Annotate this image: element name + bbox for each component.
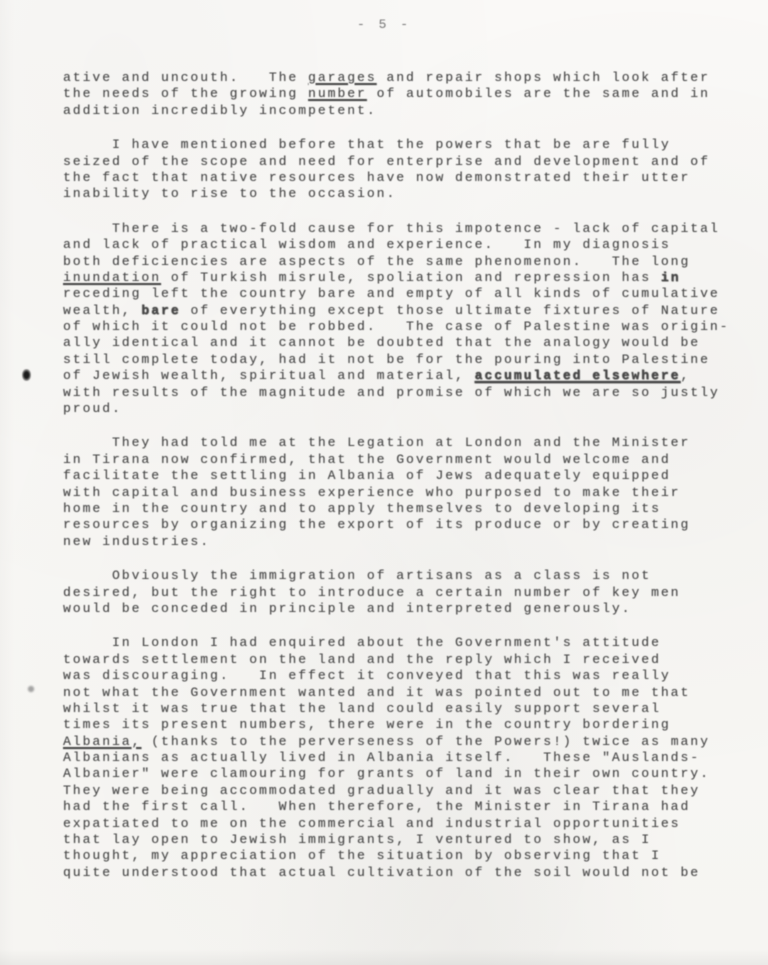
- text-line: of Jewish wealth, spiritual and material…: [63, 368, 731, 384]
- text-line: inundation of Turkish misrule, spoliatio…: [63, 270, 731, 286]
- text-segment: the needs of the growing: [63, 86, 308, 101]
- text-line: Obviously the immigration of artisans as…: [63, 568, 731, 584]
- text-line: wealth, bare of everything except those …: [63, 303, 731, 319]
- text-line: receding left the country bare and empty…: [63, 286, 731, 302]
- text-segment: There is a two-fold cause for this impot…: [63, 221, 720, 236]
- text-line: addition incredibly incompetent.: [63, 103, 731, 119]
- scan-edge-shading-left: [0, 0, 14, 965]
- text-line: I have mentioned before that the powers …: [63, 137, 731, 153]
- text-segment: facilitate the settling in Albania of Je…: [63, 468, 671, 483]
- text-segment: resources by organizing the export of it…: [63, 517, 690, 532]
- text-line: still complete today, had it not be for …: [63, 352, 731, 368]
- text-segment: I have mentioned before that the powers …: [63, 137, 671, 152]
- text-segment: not what the Government wanted and it wa…: [63, 685, 690, 700]
- text-segment: new industries.: [63, 534, 210, 549]
- text-segment: desired, but the right to introduce a ce…: [63, 585, 680, 600]
- text-segment: bare: [141, 303, 180, 318]
- text-line: and lack of practical wisdom and experie…: [63, 237, 731, 253]
- text-segment: wealth,: [63, 303, 141, 318]
- text-segment: and lack of practical wisdom and experie…: [63, 237, 671, 252]
- faint-ink-dot-artifact: [27, 685, 35, 693]
- text-segment: In London I had enquired about the Gover…: [63, 635, 661, 650]
- text-line: They had told me at the Legation at Lond…: [63, 435, 731, 451]
- text-line: had the first call. When therefore, the …: [63, 799, 731, 815]
- text-line: home in the country and to apply themsel…: [63, 501, 731, 517]
- text-line: desired, but the right to introduce a ce…: [63, 585, 731, 601]
- text-segment: had the first call. When therefore, the …: [63, 799, 690, 814]
- text-segment: both deficiencies are aspects of the sam…: [63, 254, 690, 269]
- text-line: in Tirana now confirmed, that the Govern…: [63, 452, 731, 468]
- text-segment: accumulated elsewhere: [475, 368, 681, 383]
- text-segment: inability to rise to the occasion.: [63, 186, 396, 201]
- text-line: ally identical and it cannot be doubted …: [63, 335, 731, 351]
- text-segment: Obviously the immigration of artisans as…: [63, 568, 651, 583]
- text-line: new industries.: [63, 534, 731, 550]
- text-segment: receding left the country bare and empty…: [63, 286, 720, 301]
- text-line: the fact that native resources have now …: [63, 170, 731, 186]
- text-line: towards settlement on the land and the r…: [63, 652, 731, 668]
- text-segment: ally identical and it cannot be doubted …: [63, 335, 700, 350]
- text-segment: the fact that native resources have now …: [63, 170, 690, 185]
- text-segment: and repair shops which look after: [377, 70, 710, 85]
- text-line: resources by organizing the export of it…: [63, 517, 731, 533]
- text-segment: with capital and business experience who…: [63, 485, 680, 500]
- text-line: seized of the scope and need for enterpr…: [63, 154, 731, 170]
- text-segment: addition incredibly incompetent.: [63, 103, 377, 118]
- text-segment: of automobiles are the same and in: [367, 86, 710, 101]
- text-segment: expatiated to me on the commercial and i…: [63, 816, 680, 831]
- text-segment: in Tirana now confirmed, that the Govern…: [63, 452, 671, 467]
- text-line: In London I had enquired about the Gover…: [63, 635, 731, 651]
- text-line: the needs of the growing number of autom…: [63, 86, 731, 102]
- text-segment: They were being accommodated gradually a…: [63, 783, 700, 798]
- text-segment: (thanks to the perverseness of the Power…: [141, 734, 709, 749]
- text-segment: still complete today, had it not be for …: [63, 352, 710, 367]
- text-segment: Albanians as actually lived in Albania i…: [63, 750, 700, 765]
- text-segment: in: [661, 270, 681, 285]
- text-line: Albania, (thanks to the perverseness of …: [63, 734, 731, 750]
- paragraph: Obviously the immigration of artisans as…: [63, 568, 731, 617]
- text-segment: home in the country and to apply themsel…: [63, 501, 661, 516]
- text-line: would be conceded in principle and inter…: [63, 601, 731, 617]
- text-segment: seized of the scope and need for enterpr…: [63, 154, 710, 169]
- text-segment: ,: [680, 368, 690, 383]
- text-segment: They had told me at the Legation at Lond…: [63, 435, 690, 450]
- text-segment: towards settlement on the land and the r…: [63, 652, 661, 667]
- text-line: that lay open to Jewish immigrants, I ve…: [63, 832, 731, 848]
- text-segment: was discouraging. In effect it conveyed …: [63, 668, 671, 683]
- paragraph: They had told me at the Legation at Lond…: [63, 435, 731, 550]
- paragraph: ative and uncouth. The garages and repai…: [63, 70, 731, 119]
- text-segment: proud.: [63, 401, 122, 416]
- text-line: There is a two-fold cause for this impot…: [63, 221, 731, 237]
- text-line: proud.: [63, 401, 731, 417]
- text-segment: number: [308, 86, 367, 101]
- text-segment: quite understood that actual cultivation…: [63, 865, 700, 880]
- text-line: expatiated to me on the commercial and i…: [63, 816, 731, 832]
- text-line: was discouraging. In effect it conveyed …: [63, 668, 731, 684]
- text-segment: thought, my appreciation of the situatio…: [63, 848, 661, 863]
- text-line: not what the Government wanted and it wa…: [63, 685, 731, 701]
- text-segment: of Turkish misrule, spoliation and repre…: [161, 270, 661, 285]
- text-line: Albanier" were clamouring for grants of …: [63, 766, 731, 782]
- text-segment: times its present numbers, there were in…: [63, 717, 671, 732]
- paragraph: There is a two-fold cause for this impot…: [63, 221, 731, 418]
- document-body: ative and uncouth. The garages and repai…: [63, 70, 731, 899]
- text-line: thought, my appreciation of the situatio…: [63, 848, 731, 864]
- paragraph: In London I had enquired about the Gover…: [63, 635, 731, 881]
- text-line: with results of the magnitude and promis…: [63, 385, 731, 401]
- text-segment: of which it could not be robbed. The cas…: [63, 319, 730, 334]
- text-line: both deficiencies are aspects of the sam…: [63, 254, 731, 270]
- text-segment: Albanier" were clamouring for grants of …: [63, 766, 710, 781]
- text-line: of which it could not be robbed. The cas…: [63, 319, 731, 335]
- text-segment: of everything except those ultimate fixt…: [181, 303, 720, 318]
- paragraph: I have mentioned before that the powers …: [63, 137, 731, 203]
- text-line: ative and uncouth. The garages and repai…: [63, 70, 731, 86]
- text-line: whilst it was true that the land could e…: [63, 701, 731, 717]
- text-segment: inundation: [63, 270, 161, 285]
- text-line: quite understood that actual cultivation…: [63, 865, 731, 881]
- page-number: - 5 -: [0, 17, 768, 32]
- text-line: with capital and business experience who…: [63, 485, 731, 501]
- text-segment: garages: [308, 70, 377, 85]
- scan-edge-shading-bottom: [0, 949, 768, 965]
- text-segment: with results of the magnitude and promis…: [63, 385, 720, 400]
- text-line: facilitate the settling in Albania of Je…: [63, 468, 731, 484]
- text-line: inability to rise to the occasion.: [63, 186, 731, 202]
- text-segment: would be conceded in principle and inter…: [63, 601, 631, 616]
- text-segment: ative and uncouth. The: [63, 70, 308, 85]
- text-segment: whilst it was true that the land could e…: [63, 701, 661, 716]
- text-segment: Albania,: [63, 734, 141, 749]
- ink-dot-artifact: [22, 369, 31, 381]
- scanned-document-page: - 5 - ative and uncouth. The garages and…: [0, 0, 768, 965]
- text-line: They were being accommodated gradually a…: [63, 783, 731, 799]
- text-line: times its present numbers, there were in…: [63, 717, 731, 733]
- text-segment: of Jewish wealth, spiritual and material…: [63, 368, 475, 383]
- text-segment: that lay open to Jewish immigrants, I ve…: [63, 832, 651, 847]
- text-line: Albanians as actually lived in Albania i…: [63, 750, 731, 766]
